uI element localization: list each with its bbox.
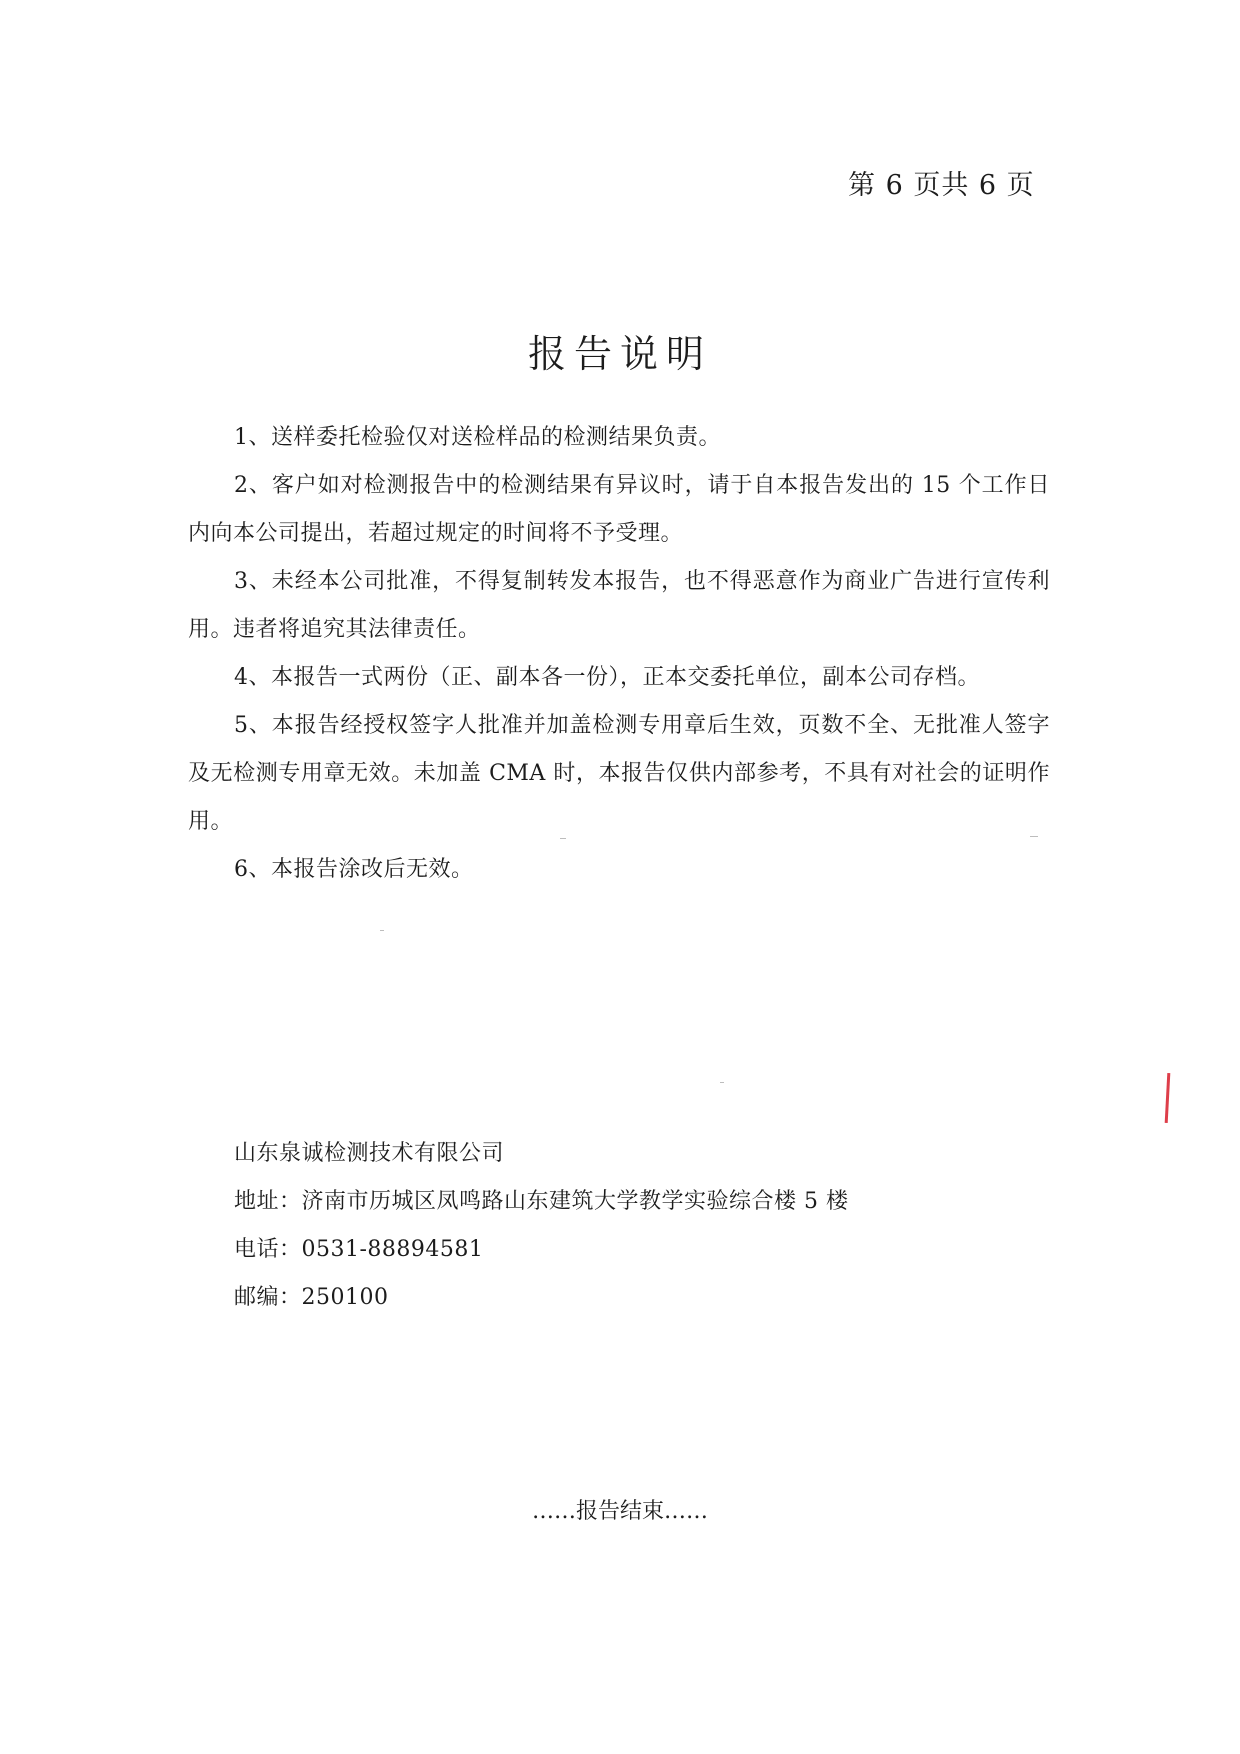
note-item: 5、本报告经授权签字人批准并加盖检测专用章后生效，页数不全、无批准人签字及无检测… <box>188 702 1050 846</box>
note-item: 3、未经本公司批准，不得复制转发本报告，也不得恶意作为商业广告进行宣传利用。违者… <box>188 558 1050 654</box>
company-phone: 电话：0531-88894581 <box>234 1226 849 1274</box>
page-title: 报告说明 <box>0 323 1240 378</box>
scan-speck <box>1030 836 1038 837</box>
report-notes: 1、送样委托检验仅对送检样品的检测结果负责。 2、客户如对检测报告中的检测结果有… <box>188 414 1050 894</box>
company-address: 地址：济南市历城区凤鸣路山东建筑大学教学实验综合楼 5 楼 <box>234 1178 849 1226</box>
scan-speck <box>560 838 566 839</box>
scan-speck <box>380 930 384 931</box>
red-pen-mark <box>1165 1073 1171 1123</box>
note-item: 2、客户如对检测报告中的检测结果有异议时，请于自本报告发出的 15 个工作日内向… <box>188 462 1050 558</box>
company-name: 山东泉诚检测技术有限公司 <box>234 1130 849 1178</box>
note-item: 6、本报告涂改后无效。 <box>188 846 1050 894</box>
page-number: 第 6 页共 6 页 <box>848 163 1035 202</box>
note-item: 1、送样委托检验仅对送检样品的检测结果负责。 <box>188 414 1050 462</box>
company-info: 山东泉诚检测技术有限公司 地址：济南市历城区凤鸣路山东建筑大学教学实验综合楼 5… <box>234 1130 849 1322</box>
scan-speck <box>720 1082 724 1083</box>
company-postcode: 邮编：250100 <box>234 1274 849 1322</box>
note-item: 4、本报告一式两份（正、副本各一份），正本交委托单位，副本公司存档。 <box>188 654 1050 702</box>
report-end-mark: ……报告结束…… <box>0 1494 1240 1525</box>
